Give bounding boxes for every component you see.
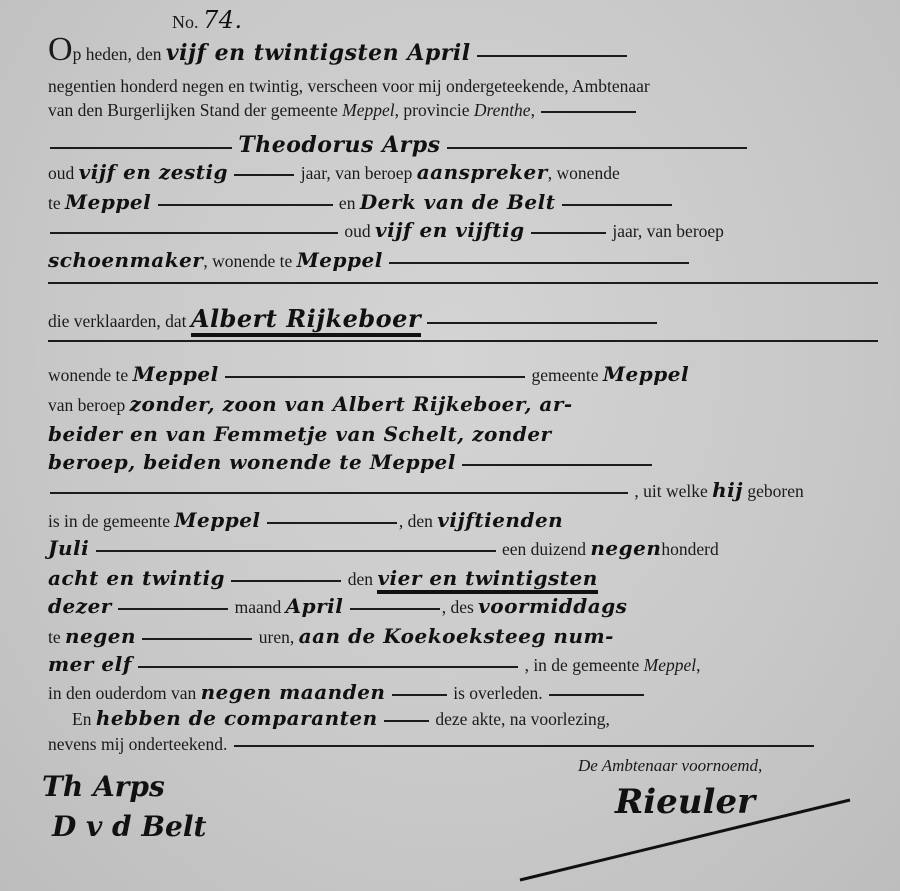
printed-text: p heden, den [73,44,162,64]
handwritten-occupation: aanspreker [417,160,548,184]
fill-rule [531,232,606,234]
handwritten-century: negen [590,536,661,560]
signature-flourish [510,780,870,890]
printed-text: negentien honderd negen en twintig, vers… [48,76,650,96]
fill-rule [562,204,672,206]
line-death-day: acht en twintig den vier en twintigsten [48,566,598,596]
handwritten-birth-year: acht en twintig [48,566,225,590]
handwritten-age-at-death: negen maanden [201,680,386,704]
line-parents-2: beider en van Femmetje van Schelt, zonde… [48,422,552,452]
line-date: Op heden, den vijf en twintigsten April [48,40,629,70]
fill-rule [477,55,627,57]
line-birthplace: is in de gemeente Meppel , den vijftiend… [48,508,563,538]
death-certificate-page: No. 74. Op heden, den vijf en twintigste… [0,0,900,891]
printed-text: , des [442,597,474,617]
line-deceased: die verklaarden, dat Albert Rijkeboer [48,304,659,334]
handwritten-address: mer elf [48,652,132,676]
fill-rule [541,111,636,113]
number-value: 74. [203,6,243,34]
handwritten-residence: Meppel [297,248,383,272]
printed-text: jaar, van beroep [612,221,724,241]
printed-text: die verklaarden, dat [48,311,186,331]
fill-rule [50,147,232,149]
fill-rule [48,282,878,284]
fill-rule [48,340,878,342]
line-declarant-1-age: oud vijf en zestig jaar, van beroep aans… [48,160,620,190]
line-death-time: te negen uren, aan de Koekoeksteeg num- [48,624,614,654]
handwritten-deceased-name: Albert Rijkeboer [191,304,421,337]
printed-text: een duizend [502,539,586,559]
line-birth-month: Juli een duizend negenhonderd [48,536,719,566]
line-death-month: dezer maand April , des voormiddags [48,594,627,624]
printed-text: uren, [259,627,294,647]
printed-text: is overleden. [453,683,542,703]
witness-2-signature: D v d Belt [52,810,206,843]
printed-text: in den ouderdom van [48,683,196,703]
printed-text: den [348,569,373,589]
handwritten-parents: beider en van Femmetje van Schelt, zonde… [48,422,552,446]
handwritten-declarant-2-name: Derk van de Belt [360,190,556,214]
printed-text: , [696,655,700,675]
printed-text: is in de gemeente [48,511,170,531]
printed-text: , uit welke [634,481,707,501]
fill-rule [384,720,429,722]
printed-text: maand [235,597,282,617]
fill-rule [392,694,447,696]
fill-rule [231,580,341,582]
province: Drenthe [474,100,531,120]
printed-text: deze akte, na voorlezing, [435,709,609,729]
printed-text: en [339,193,356,213]
fill-rule [142,638,252,640]
fill-rule [50,232,338,234]
printed-text: , den [399,511,433,531]
fill-rule [118,608,228,610]
handwritten-parents: zonder, zoon van Albert Rijkeboer, ar- [130,392,573,416]
handwritten-death-day: vier en twintigsten [377,566,597,594]
fill-rule [427,322,657,324]
line-declarant-1: Theodorus Arps [48,132,749,162]
handwritten-address: aan de Koekoeksteeg num- [299,624,614,648]
handwritten-death-month: April [286,594,344,618]
handwritten-pronoun: hij [712,478,743,502]
fill-rule [138,666,518,668]
printed-text: oud [344,221,370,241]
printed-text: jaar, van beroep [301,163,413,183]
printed-text: van beroep [48,395,125,415]
line-deceased-residence: wonende te Meppel gemeente Meppel [48,362,689,392]
fill-rule [158,204,333,206]
line-declarant-1-residence: te Meppel en Derk van de Belt [48,190,674,220]
fill-rule [225,376,525,378]
printed-text: te [48,193,61,213]
printed-text: gemeente [531,365,598,385]
printed-text: , [531,100,535,120]
handwritten-birth-month: Juli [48,536,89,560]
handwritten-time-of-day: voormiddags [478,594,627,618]
handwritten-parents: beroep, beiden wonende te Meppel [48,450,456,474]
printed-text: van den Burgerlijken Stand der gemeente [48,100,338,120]
fill-rule [267,522,397,524]
fill-rule [50,492,628,494]
handwritten-residence: Meppel [65,190,151,214]
handwritten-municipality: Meppel [603,362,689,386]
printed-text: , wonende te [203,251,292,271]
line-parents-3: beroep, beiden wonende te Meppel [48,450,654,480]
municipality: Meppel [644,655,696,675]
line-declarant-2-occupation: schoenmaker, wonende te Meppel [48,248,691,278]
line-death-place: mer elf , in de gemeente Meppel, [48,652,700,682]
line-declarant-2-age: oud vijf en vijftig jaar, van beroep [48,218,724,248]
fill-rule [389,262,689,264]
printed-text: te [48,627,61,647]
printed-text: geboren [747,481,803,501]
printed-text: En [72,709,91,729]
municipality: Meppel [342,100,394,120]
printed-text: honderd [661,539,718,559]
official-caption: De Ambtenaar voornoemd, [578,756,762,776]
printed-text: oud [48,163,74,183]
handwritten-birth-day: vijftienden [437,508,563,532]
handwritten-date: vijf en twintigsten April [166,40,471,66]
printed-text: nevens mij onderteekend. [48,734,227,754]
line-parents-1: van beroep zonder, zoon van Albert Rijke… [48,392,573,422]
fill-rule [549,694,644,696]
fill-rule [350,608,440,610]
fill-rule [234,745,814,747]
fill-rule [96,550,496,552]
witness-1-signature: Th Arps [42,770,165,803]
printed-text: , provincie [395,100,470,120]
handwritten-occupation: schoenmaker [48,248,203,272]
certificate-number: No. 74. [172,6,243,34]
handwritten-hour: negen [65,624,136,648]
printed-text: , wonende [548,163,620,183]
fill-rule [234,174,294,176]
line-signing: En hebben de comparanten deze akte, na v… [72,706,610,736]
handwritten-comparants: hebben de comparanten [96,706,378,730]
line-born: , uit welke hij geboren [48,478,804,508]
line-registrar: van den Burgerlijken Stand der gemeente … [48,100,638,130]
fill-rule [462,464,652,466]
printed-text: , in de gemeente [525,655,640,675]
fill-rule [447,147,747,149]
handwritten-birthplace: Meppel [174,508,260,532]
printed-text: wonende te [48,365,128,385]
handwritten-age: vijf en zestig [79,160,228,184]
handwritten-declarant-1-name: Theodorus Arps [238,132,440,158]
number-label: No. [172,12,199,32]
handwritten-residence: Meppel [133,362,219,386]
initial-capital: O [48,31,73,68]
handwritten-this: dezer [48,594,112,618]
handwritten-age: vijf en vijftig [375,218,525,242]
